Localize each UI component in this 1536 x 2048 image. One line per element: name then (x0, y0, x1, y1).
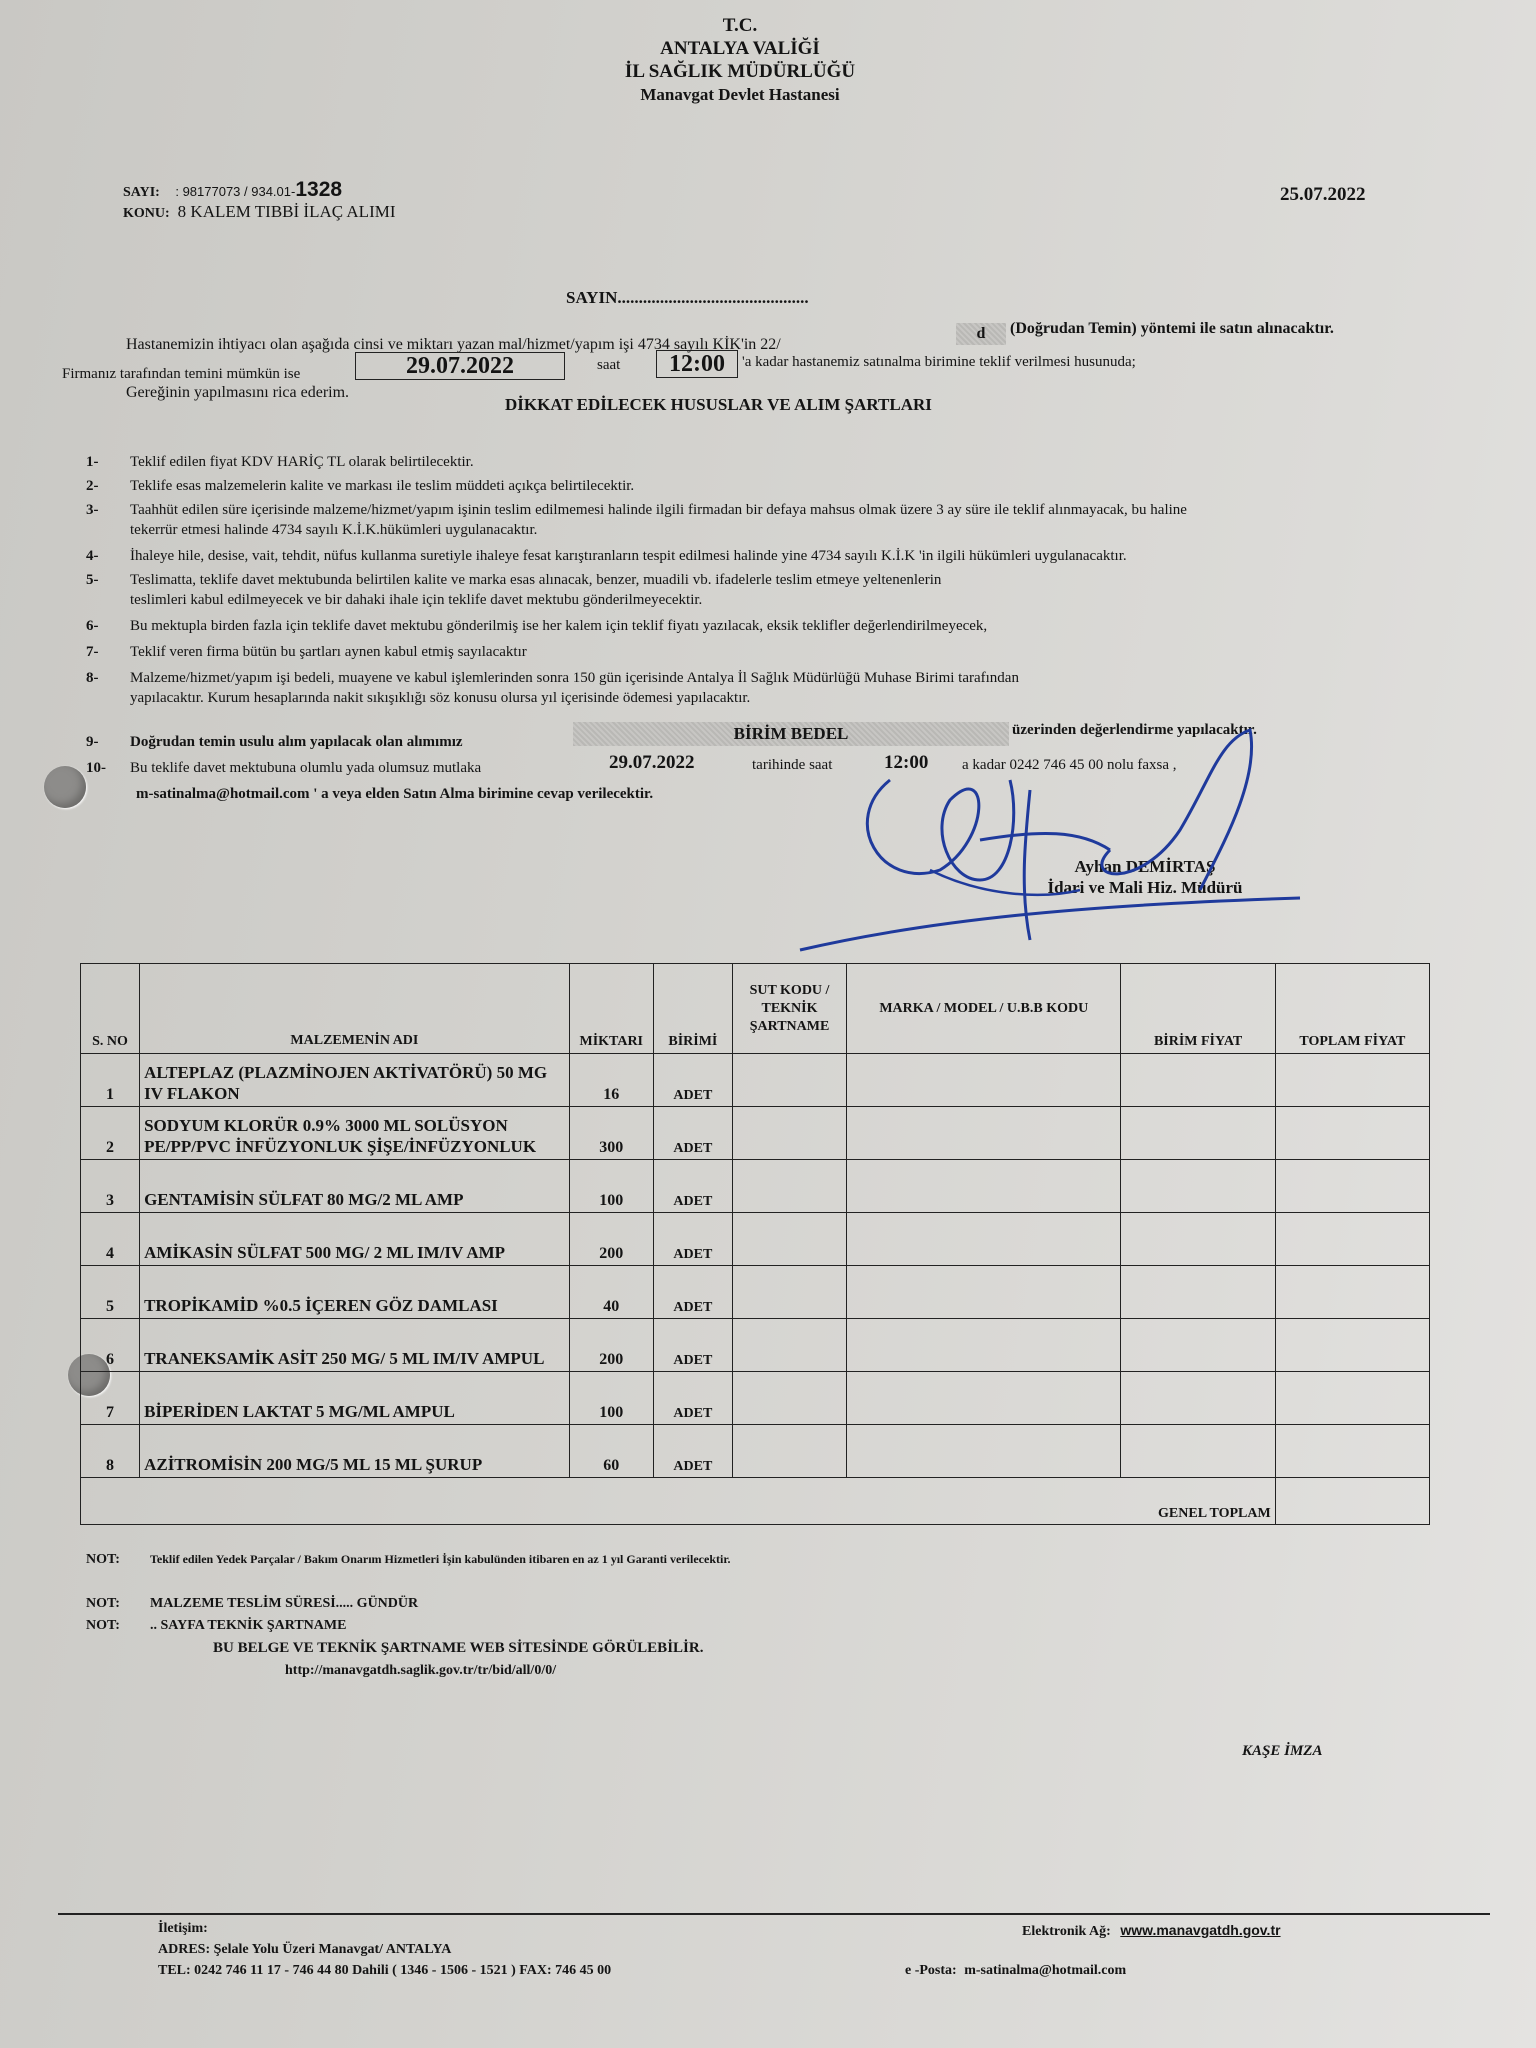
row-marka-field[interactable] (847, 1425, 1121, 1478)
items-table: S. NO MALZEMENİN ADI MİKTARI BİRİMİ SUT … (80, 963, 1430, 1525)
row-name: TROPİKAMİD %0.5 İÇEREN GÖZ DAMLASI (140, 1266, 570, 1319)
condition-item-continuation: teslimleri kabul edilmeyecek ve bir daha… (86, 590, 1356, 610)
row-unit: ADET (653, 1054, 732, 1107)
table-row: 3GENTAMİSİN SÜLFAT 80 MG/2 ML AMP100ADET (81, 1160, 1430, 1213)
grand-total-label: GENEL TOPLAM (81, 1478, 1276, 1525)
row-sut-field[interactable] (732, 1425, 846, 1478)
footer-tel: TEL: 0242 746 11 17 - 746 44 80 Dahili (… (158, 1960, 611, 1981)
institution-header: T.C. ANTALYA VALİĞİ İL SAĞLIK MÜDÜRLÜĞÜ … (560, 14, 920, 106)
note-delivery: NOT:MALZEME TESLİM SÜRESİ..... GÜNDÜR (86, 1596, 418, 1612)
row-sut-field[interactable] (732, 1266, 846, 1319)
row-unit: ADET (653, 1160, 732, 1213)
condition-item: 7-Teklif veren firma bütün bu şartları a… (86, 642, 1356, 662)
row-name: TRANEKSAMİK ASİT 250 MG/ 5 ML IM/IV AMPU… (140, 1319, 570, 1372)
col-name: MALZEMENİN ADI (140, 964, 570, 1054)
intro-line-3: Gereğinin yapılmasını rica ederim. (126, 384, 349, 402)
row-name: BİPERİDEN LAKTAT 5 MG/ML AMPUL (140, 1372, 570, 1425)
row-total-price-field[interactable] (1275, 1107, 1429, 1160)
condition-item: 5-Teslimatta, teklife davet mektubunda b… (86, 570, 1356, 590)
condition-item: 6-Bu mektupla birden fazla için teklife … (86, 616, 1356, 636)
row-marka-field[interactable] (847, 1266, 1121, 1319)
row-sno: 7 (81, 1372, 140, 1425)
row-unit-price-field[interactable] (1121, 1319, 1275, 1372)
row-name: ALTEPLAZ (PLAZMİNOJEN AKTİVATÖRÜ) 50 MG … (140, 1054, 570, 1107)
row-sno: 8 (81, 1425, 140, 1478)
row-sut-field[interactable] (732, 1107, 846, 1160)
row-marka-field[interactable] (847, 1319, 1121, 1372)
col-unit-price: BİRİM FİYAT (1121, 964, 1275, 1054)
reply-email-line: m-satinalma@hotmail.com ' a veya elden S… (136, 786, 653, 803)
row-unit-price-field[interactable] (1121, 1107, 1275, 1160)
row-total-price-field[interactable] (1275, 1372, 1429, 1425)
table-row: 2SODYUM KLORÜR 0.9% 3000 ML SOLÜSYON PE/… (81, 1107, 1430, 1160)
footer-web: Elektronik Ağ: www.manavgatdh.gov.tr (1022, 1920, 1281, 1942)
header-governorship: ANTALYA VALİĞİ (560, 37, 920, 60)
punch-hole-icon (44, 766, 86, 808)
row-marka-field[interactable] (847, 1160, 1121, 1213)
row-sno: 4 (81, 1213, 140, 1266)
row-sut-field[interactable] (732, 1372, 846, 1425)
table-row: 1ALTEPLAZ (PLAZMİNOJEN AKTİVATÖRÜ) 50 MG… (81, 1054, 1430, 1107)
row-sno: 6 (81, 1319, 140, 1372)
row-unit: ADET (653, 1213, 732, 1266)
row-total-price-field[interactable] (1275, 1425, 1429, 1478)
condition-item-continuation: tekerrür etmesi halinde 4734 sayılı K.İ.… (86, 520, 1356, 540)
row-name: AZİTROMİSİN 200 MG/5 ML 15 ML ŞURUP (140, 1425, 570, 1478)
deadline-time-box: 12:00 (656, 350, 738, 378)
footer-email: e -Posta: m-satinalma@hotmail.com (905, 1960, 1126, 1981)
row-unit-price-field[interactable] (1121, 1054, 1275, 1107)
row-sno: 2 (81, 1107, 140, 1160)
reply-deadline-date: 29.07.2022 (609, 752, 695, 774)
reply-fax: a kadar 0242 746 45 00 nolu faxsa , (962, 757, 1177, 774)
row-unit-price-field[interactable] (1121, 1266, 1275, 1319)
header-directorate: İL SAĞLIK MÜDÜRLÜĞÜ (560, 60, 920, 83)
procurement-clause: d (956, 323, 1006, 345)
web-note: BU BELGE VE TEKNİK ŞARTNAME WEB SİTESİND… (213, 1640, 703, 1657)
table-row: 6TRANEKSAMİK ASİT 250 MG/ 5 ML IM/IV AMP… (81, 1319, 1430, 1372)
row-unit: ADET (653, 1372, 732, 1425)
row-sno: 3 (81, 1160, 140, 1213)
row-name: SODYUM KLORÜR 0.9% 3000 ML SOLÜSYON PE/P… (140, 1107, 570, 1160)
row-qty: 40 (569, 1266, 653, 1319)
condition-item: 8-Malzeme/hizmet/yapım işi bedeli, muaye… (86, 668, 1356, 688)
row-unit-price-field[interactable] (1121, 1425, 1275, 1478)
signatory: Ayhan DEMİRTAŞ İdari ve Mali Hiz. Müdürü (1010, 856, 1280, 898)
row-marka-field[interactable] (847, 1213, 1121, 1266)
condition-item: 3-Taahhüt edilen süre içerisinde malzeme… (86, 500, 1356, 520)
condition-10: 10-Bu teklife davet mektubuna olumlu yad… (86, 760, 481, 777)
row-name: AMİKASİN SÜLFAT 500 MG/ 2 ML IM/IV AMP (140, 1213, 570, 1266)
deadline-saat-label: saat (597, 357, 620, 374)
reply-deadline-mid: tarihinde saat (752, 757, 832, 774)
row-marka-field[interactable] (847, 1372, 1121, 1425)
condition-item: 1-Teklif edilen fiyat KDV HARİÇ TL olara… (86, 452, 1356, 472)
col-total-price: TOPLAM FİYAT (1275, 964, 1429, 1054)
intro-line-2-end: 'a kadar hastanemiz satınalma birimine t… (742, 354, 1136, 371)
reference-number: SAYI: : 98177073 / 934.01-1328 (123, 178, 342, 202)
row-sut-field[interactable] (732, 1213, 846, 1266)
conditions-title: DİKKAT EDİLECEK HUSUSLAR VE ALIM ŞARTLAR… (505, 395, 932, 415)
signatory-title: İdari ve Mali Hiz. Müdürü (1010, 877, 1280, 898)
col-sut: SUT KODU / TEKNİK ŞARTNAME (732, 964, 846, 1054)
intro-line-2-start: Firmanız tarafından temini mümkün ise (62, 366, 300, 383)
col-sno: S. NO (81, 964, 140, 1054)
row-unit-price-field[interactable] (1121, 1372, 1275, 1425)
evaluation-basis: BİRİM BEDEL (573, 722, 1009, 746)
footer-contact: İletişim: ADRES: Şelale Yolu Üzeri Manav… (158, 1918, 611, 1981)
row-total-price-field[interactable] (1275, 1266, 1429, 1319)
row-total-price-field[interactable] (1275, 1054, 1429, 1107)
row-qty: 200 (569, 1213, 653, 1266)
row-sut-field[interactable] (732, 1319, 846, 1372)
salutation: SAYIN...................................… (566, 288, 809, 308)
header-hospital: Manavgat Devlet Hastanesi (560, 83, 920, 106)
reply-deadline-time: 12:00 (884, 752, 928, 774)
row-unit: ADET (653, 1107, 732, 1160)
row-unit: ADET (653, 1266, 732, 1319)
table-row: 4AMİKASİN SÜLFAT 500 MG/ 2 ML IM/IV AMP2… (81, 1213, 1430, 1266)
row-unit-price-field[interactable] (1121, 1160, 1275, 1213)
row-unit: ADET (653, 1319, 732, 1372)
web-link[interactable]: http://manavgatdh.saglik.gov.tr/tr/bid/a… (285, 1663, 556, 1679)
footer-web-link[interactable]: www.manavgatdh.gov.tr (1120, 1922, 1280, 1938)
row-qty: 300 (569, 1107, 653, 1160)
grand-total-field[interactable] (1275, 1478, 1429, 1525)
col-marka: MARKA / MODEL / U.B.B KODU (847, 964, 1121, 1054)
stamp-signature-label: KAŞE İMZA (1242, 1743, 1322, 1760)
row-qty: 200 (569, 1319, 653, 1372)
signatory-name: Ayhan DEMİRTAŞ (1010, 856, 1280, 877)
footer-divider (58, 1913, 1490, 1915)
condition-item: 4-İhaleye hile, desise, vait, tehdit, nü… (86, 546, 1356, 566)
row-unit: ADET (653, 1425, 732, 1478)
table-header-row: S. NO MALZEMENİN ADI MİKTARI BİRİMİ SUT … (81, 964, 1430, 1054)
reference-number-highlight: 1328 (295, 178, 342, 201)
condition-9: 9-Doğrudan temin usulu alım yapılacak ol… (86, 734, 463, 751)
header-tc: T.C. (560, 14, 920, 37)
subject: KONU: 8 KALEM TIBBİ İLAÇ ALIMI (123, 202, 396, 222)
row-qty: 16 (569, 1054, 653, 1107)
row-total-price-field[interactable] (1275, 1213, 1429, 1266)
conditions-list: 1-Teklif edilen fiyat KDV HARİÇ TL olara… (86, 452, 1356, 708)
condition-item-continuation: yapılacaktır. Kurum hesaplarında nakit s… (86, 688, 1356, 708)
row-qty: 100 (569, 1372, 653, 1425)
condition-9-end: üzerinden değerlendirme yapılacaktır. (1012, 722, 1257, 739)
note-warranty: NOT:Teklif edilen Yedek Parçalar / Bakım… (86, 1552, 731, 1568)
row-sut-field[interactable] (732, 1160, 846, 1213)
col-qty: MİKTARI (569, 964, 653, 1054)
row-sno: 5 (81, 1266, 140, 1319)
condition-item: 2-Teklife esas malzemelerin kalite ve ma… (86, 476, 1356, 496)
row-qty: 100 (569, 1160, 653, 1213)
row-unit-price-field[interactable] (1121, 1213, 1275, 1266)
row-marka-field[interactable] (847, 1107, 1121, 1160)
row-total-price-field[interactable] (1275, 1319, 1429, 1372)
row-sut-field[interactable] (732, 1054, 846, 1107)
row-qty: 60 (569, 1425, 653, 1478)
deadline-date-box: 29.07.2022 (355, 352, 565, 380)
letter-date: 25.07.2022 (1280, 184, 1366, 206)
row-sno: 1 (81, 1054, 140, 1107)
col-unit: BİRİMİ (653, 964, 732, 1054)
table-row: 5TROPİKAMİD %0.5 İÇEREN GÖZ DAMLASI40ADE… (81, 1266, 1430, 1319)
note-spec: NOT:.. SAYFA TEKNİK ŞARTNAME (86, 1618, 346, 1634)
footer-email-link[interactable]: m-satinalma@hotmail.com (964, 1963, 1126, 1978)
row-name: GENTAMİSİN SÜLFAT 80 MG/2 ML AMP (140, 1160, 570, 1213)
row-marka-field[interactable] (847, 1054, 1121, 1107)
total-row: GENEL TOPLAM (81, 1478, 1430, 1525)
footer-address: ADRES: Şelale Yolu Üzeri Manavgat/ ANTAL… (158, 1939, 611, 1960)
intro-line-1-end: (Doğrudan Temin) yöntemi ile satın alına… (1010, 320, 1334, 338)
table-row: 8AZİTROMİSİN 200 MG/5 ML 15 ML ŞURUP60AD… (81, 1425, 1430, 1478)
row-total-price-field[interactable] (1275, 1160, 1429, 1213)
table-row: 7BİPERİDEN LAKTAT 5 MG/ML AMPUL100ADET (81, 1372, 1430, 1425)
